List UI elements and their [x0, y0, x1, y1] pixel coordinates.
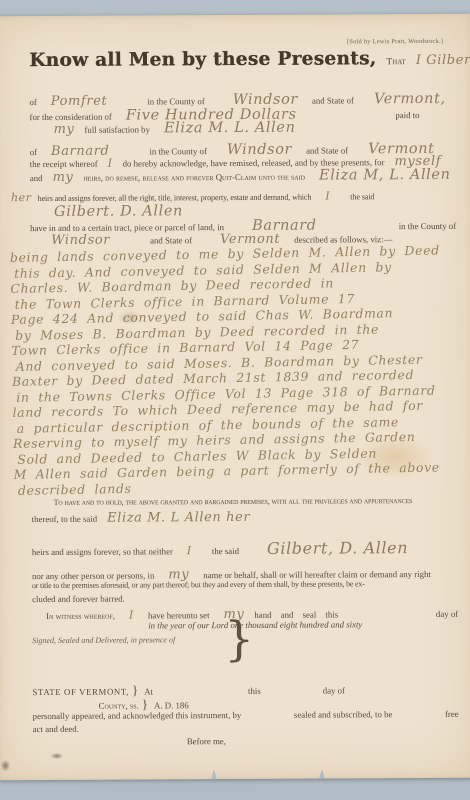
receipt-label: the receipt whereof	[30, 159, 98, 169]
county-ss-label: County, ss.	[99, 701, 139, 711]
of-label: of	[29, 97, 36, 107]
my-handwritten: my	[54, 122, 75, 137]
ack-appeared-line: personally appeared, and acknowledged th…	[33, 709, 459, 721]
ad-label: A. D. 186	[154, 700, 189, 710]
the-said-label: the said	[212, 546, 239, 556]
free-label: free	[445, 709, 459, 719]
scanned-deed-page: { "printer_note": "[Sold by Lewis Pratt,…	[0, 0, 470, 800]
satisfaction-label: full satisfaction by	[84, 124, 150, 134]
quitclaim-label: heirs, do remise, release and forever Qu…	[83, 172, 305, 183]
i-handwritten: I	[325, 189, 330, 202]
that-label: That	[386, 57, 405, 67]
paper-speck	[1, 760, 10, 771]
this-label: this	[248, 686, 261, 696]
habendum-line2: thereof, to the said Eliza M. L Allen he…	[32, 509, 458, 526]
person-label: nor any other person or persons, in	[32, 570, 154, 581]
set-label: have hereunto set	[148, 610, 210, 620]
state-label: and State of	[312, 95, 354, 105]
printer-imprint: [Sold by Lewis Pratt, Woodstock.]	[347, 38, 443, 46]
and-label: and	[30, 173, 43, 183]
county-label: in the County of	[399, 221, 456, 231]
state-label: and State of	[150, 235, 192, 245]
covenant-neither-line: heirs and assigns forever, so that neith…	[32, 538, 458, 559]
covenant-title-line: or title to the premises aforesaid, or a…	[32, 579, 458, 590]
neither-label: heirs and assigns forever, so that neith…	[32, 546, 173, 557]
state-of-vermont-label: STATE OF VERMONT,	[33, 687, 129, 698]
deed-heading: Know all Men by these Presents, That I G…	[29, 48, 455, 71]
quitclaim-line: and my heirs, do remise, release and for…	[30, 167, 456, 185]
state-handwritten: Vermont,	[374, 91, 446, 107]
sealed-label: sealed and subscribed, to be	[294, 709, 393, 720]
thereof-label: thereof, to the said	[32, 514, 98, 524]
witness-brace: }	[224, 616, 254, 663]
ack-before-line: Before me,	[187, 735, 459, 746]
covenant-barred-line: cluded and forever barred.	[32, 592, 458, 604]
her-handwritten: her	[11, 191, 32, 204]
county-handwritten: Windsor	[233, 92, 298, 108]
deed-document: [Sold by Lewis Pratt, Woodstock.] Know a…	[0, 14, 470, 780]
grantor-town-handwritten: Pomfret	[51, 94, 108, 109]
satisfaction-line: my full satisfaction by Eliza M. L. Alle…	[54, 119, 456, 137]
the-said-label: the said	[350, 192, 374, 201]
grantor-name-handwritten: I Gilbert. D. Allen	[416, 52, 470, 68]
habendum-line1: To have and to hold, the above granted a…	[54, 496, 458, 507]
hand-seal-label: hand and seal this	[254, 609, 338, 619]
paper-tear	[211, 769, 217, 780]
grantee-name-handwritten: Eliza M. L Allen her	[107, 510, 250, 526]
rights-label: heirs and assigns forever, all the right…	[38, 193, 312, 203]
day-of-label: day of	[323, 685, 345, 695]
paper-speck	[51, 753, 63, 759]
deed-title: Know all Men by these Presents,	[29, 48, 376, 71]
i-handwritten: I	[129, 609, 134, 622]
paper-stain	[117, 310, 143, 324]
at-label: At	[144, 686, 153, 696]
my-handwritten: my	[53, 170, 74, 185]
grantor-name-handwritten: Gilbert, D. Allen	[267, 538, 408, 558]
ack-act-line: act and deed.	[33, 722, 459, 734]
grantee-name-handwritten: Eliza M, L. Allen	[319, 167, 451, 184]
paper-stain	[355, 434, 435, 480]
paper-tear	[319, 769, 325, 780]
county-handwritten: Windsor	[51, 233, 110, 248]
county-label: in the County of	[147, 96, 204, 106]
grantee-name-handwritten: Eliza M. L. Allen	[164, 120, 296, 137]
appeared-label: personally appeared, and acknowledged th…	[33, 710, 242, 721]
i-handwritten: I	[187, 544, 192, 557]
year-line: in the year of our Lord one thousand eig…	[148, 619, 458, 631]
witness-whereof-label: In witness whereof,	[46, 611, 115, 621]
day-of-label: day of	[436, 609, 458, 619]
